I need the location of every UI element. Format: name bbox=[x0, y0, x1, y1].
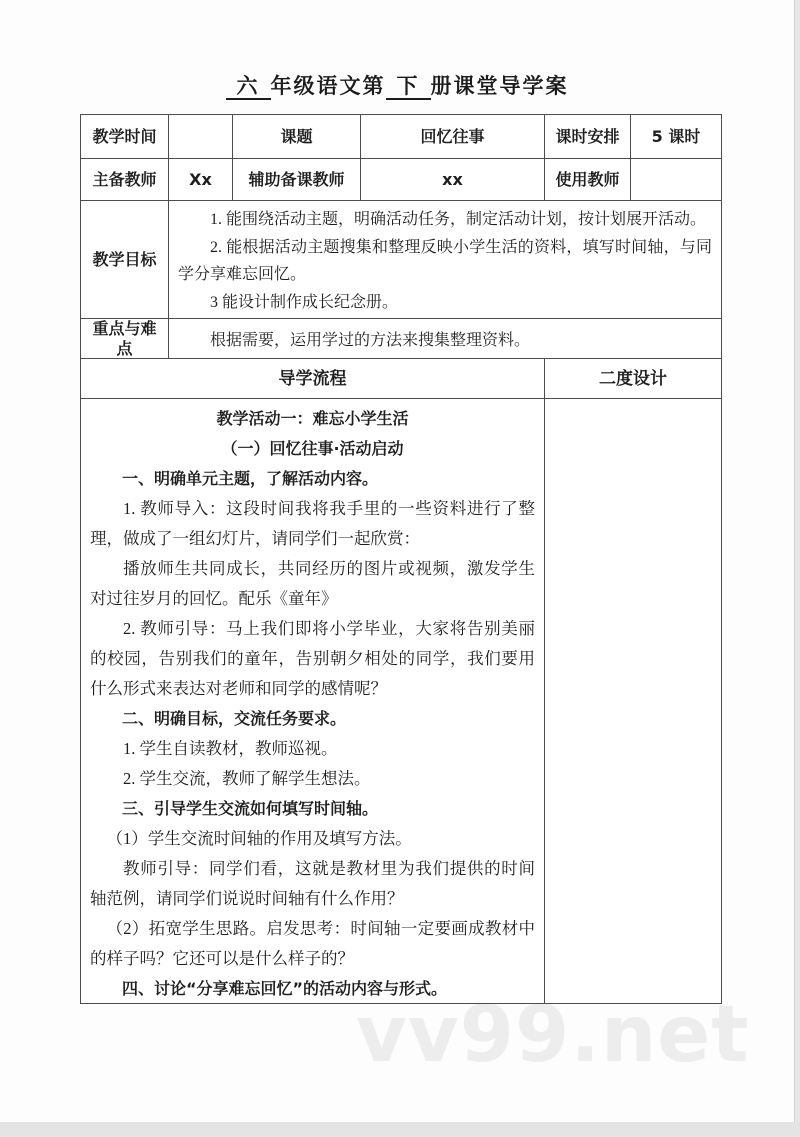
section-heading: 四、讨论“分享难忘回忆”的活动内容与形式。 bbox=[90, 974, 535, 1003]
assist-teacher-label: 辅助备课教师 bbox=[233, 159, 361, 200]
paragraph: （1）学生交流时间轴的作用及填写方法。 bbox=[90, 824, 535, 854]
teaching-time-label: 教学时间 bbox=[81, 115, 169, 158]
paragraph: 1. 教师导入：这段时间我将我手里的一些资料进行了整理，做成了一组幻灯片，请同学… bbox=[90, 494, 535, 554]
teaching-time-value bbox=[169, 115, 233, 158]
periods-label: 课时安排 bbox=[545, 115, 631, 158]
second-design-content bbox=[545, 399, 721, 1003]
second-design-header: 二度设计 bbox=[545, 359, 721, 398]
table-row: 教学活动一：难忘小学生活 （一）回忆往事·活动启动 一、明确单元主题，了解活动内… bbox=[81, 399, 721, 1003]
paragraph: 2. 教师引导：马上我们即将小学毕业，大家将告别美丽的校园，告别我们的童年，告别… bbox=[90, 614, 535, 704]
paper-page: 六年级语文第下册课堂导学案 教学时间 课题 回忆往事 课时安排 5 课时 主备教… bbox=[0, 0, 795, 1122]
objective-item: 2. 能根据活动主题搜集和整理反映小学生活的资料，填写时间轴，与同学分享难忘回忆… bbox=[178, 234, 712, 289]
objective-item: 3 能设计制作成长纪念册。 bbox=[178, 289, 712, 317]
page-title: 六年级语文第下册课堂导学案 bbox=[0, 70, 794, 100]
document-page: { "title": { "grade": "六", "mid": "年级语文第… bbox=[0, 0, 800, 1137]
table-row: 教学目标 1. 能围绕活动主题，明确活动任务，制定活动计划，按计划展开活动。 2… bbox=[81, 201, 721, 319]
paragraph: （2）拓宽学生思路。启发思考：时间轴一定要画成教材中的样子吗？它还可以是什么样子… bbox=[90, 914, 535, 974]
flow-content: 教学活动一：难忘小学生活 （一）回忆往事·活动启动 一、明确单元主题，了解活动内… bbox=[81, 399, 545, 1003]
using-teacher-label: 使用教师 bbox=[545, 159, 631, 200]
lesson-plan-table: 教学时间 课题 回忆往事 课时安排 5 课时 主备教师 Xx 辅助备课教师 xx… bbox=[80, 114, 722, 1004]
table-row: 教学时间 课题 回忆往事 课时安排 5 课时 bbox=[81, 115, 721, 159]
objective-item: 1. 能围绕活动主题，明确活动任务，制定活动计划，按计划展开活动。 bbox=[178, 206, 712, 234]
page-bottom-edge bbox=[0, 1122, 800, 1137]
title-volume-blank: 下 bbox=[386, 74, 431, 100]
objectives-content: 1. 能围绕活动主题，明确活动任务，制定活动计划，按计划展开活动。 2. 能根据… bbox=[169, 201, 721, 318]
section-heading: 二、明确目标，交流任务要求。 bbox=[90, 704, 535, 734]
title-mid-text: 年级语文第 bbox=[271, 74, 386, 98]
flow-header: 导学流程 bbox=[81, 359, 545, 398]
key-points-label: 重点与难点 bbox=[81, 319, 169, 358]
key-points-content: 根据需要，运用学过的方法来搜集整理资料。 bbox=[169, 319, 721, 358]
objectives-label: 教学目标 bbox=[81, 201, 169, 318]
table-row: 导学流程 二度设计 bbox=[81, 359, 721, 399]
topic-value: 回忆往事 bbox=[361, 115, 545, 158]
table-row: 重点与难点 根据需要，运用学过的方法来搜集整理资料。 bbox=[81, 319, 721, 359]
title-suffix-text: 册课堂导学案 bbox=[431, 74, 569, 98]
paragraph: 教师引导：同学们看，这就是教材里为我们提供的时间轴范例，请同学们说说时间轴有什么… bbox=[90, 854, 535, 914]
activity-title: 教学活动一：难忘小学生活 bbox=[90, 404, 535, 434]
assist-teacher-value: xx bbox=[361, 159, 545, 200]
periods-value: 5 课时 bbox=[631, 115, 721, 158]
key-points-text: 根据需要，运用学过的方法来搜集整理资料。 bbox=[178, 327, 530, 350]
paragraph: 2. 学生交流，教师了解学生想法。 bbox=[90, 764, 535, 794]
title-grade-blank: 六 bbox=[226, 74, 271, 100]
main-teacher-value: Xx bbox=[169, 159, 233, 200]
paragraph: 播放师生共同成长，共同经历的图片或视频，激发学生对过往岁月的回忆。配乐《童年》 bbox=[90, 554, 535, 614]
table-row: 主备教师 Xx 辅助备课教师 xx 使用教师 bbox=[81, 159, 721, 201]
main-teacher-label: 主备教师 bbox=[81, 159, 169, 200]
section-heading: 一、明确单元主题，了解活动内容。 bbox=[90, 464, 535, 494]
paragraph: 1. 学生自读教材，教师巡视。 bbox=[90, 734, 535, 764]
activity-subtitle: （一）回忆往事·活动启动 bbox=[90, 434, 535, 464]
using-teacher-value bbox=[631, 159, 721, 200]
topic-label: 课题 bbox=[233, 115, 361, 158]
section-heading: 三、引导学生交流如何填写时间轴。 bbox=[90, 794, 535, 824]
